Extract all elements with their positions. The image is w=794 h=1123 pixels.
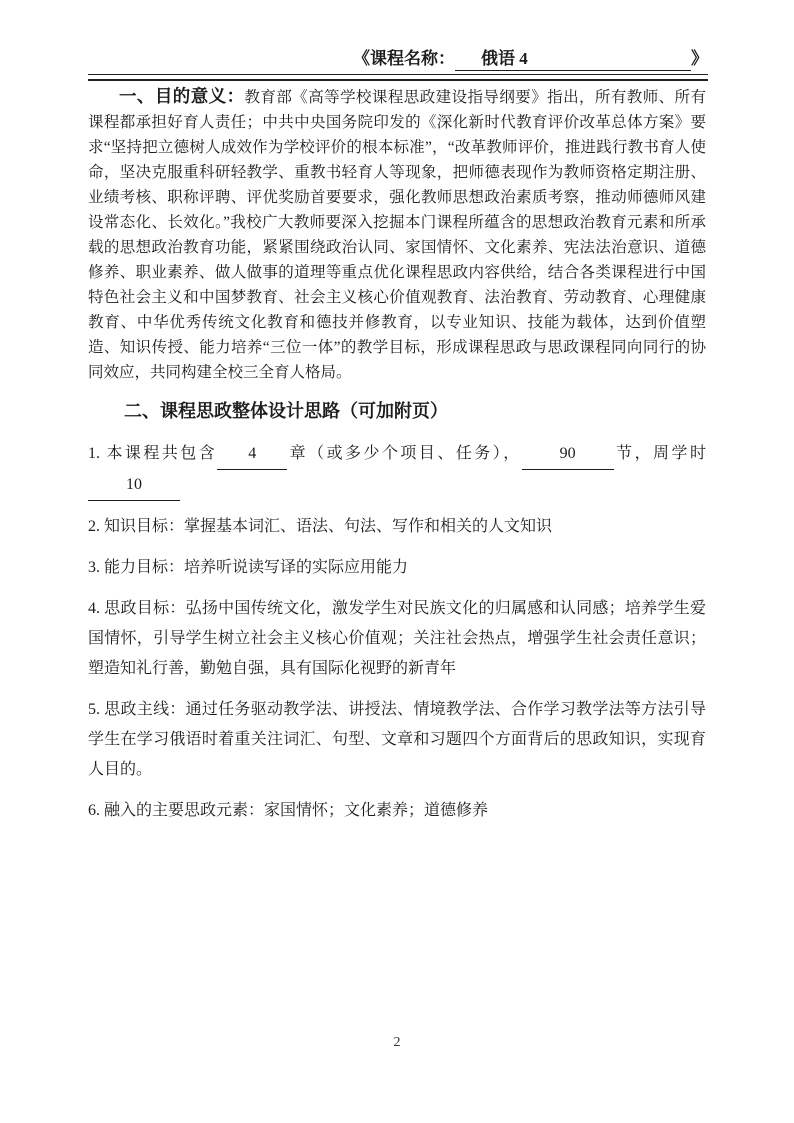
- document-page: 《课程名称：俄语 4》 一、目的意义：教育部《高等学校课程思政建设指导纲要》指出…: [0, 0, 794, 1123]
- item1-mid1-text: 章（或多少个项目、任务），: [287, 445, 521, 462]
- course-name-line: 《课程名称：俄语 4》: [88, 48, 708, 71]
- item1-pre-text: 1. 本课程共包含: [88, 445, 217, 462]
- weekly-hours-blank: 10: [88, 470, 180, 501]
- chapter-count-blank: 4: [217, 439, 287, 470]
- section1-body: 教育部《高等学校课程思政建设指导纲要》指出，所有教师、所有课程都承担好育人责任；…: [88, 89, 706, 381]
- section1-heading: 一、目的意义：: [119, 86, 245, 106]
- list-item-course-structure: 1. 本课程共包含4章（或多少个项目、任务），90节，周学时10: [88, 439, 706, 501]
- section2-heading: 二、课程思政整体设计思路（可加附页）: [88, 399, 706, 423]
- header-divider-rule: [88, 74, 708, 81]
- page-footer: 2: [0, 1035, 794, 1051]
- section-count-blank: 90: [522, 439, 614, 470]
- course-name-suffix: 》: [691, 49, 708, 68]
- list-item-knowledge-goal: 2. 知识目标：掌握基本词汇、语法、句法、写作和相关的人文知识: [88, 512, 706, 542]
- list-item-ideology-mainline: 5. 思政主线：通过任务驱动教学法、讲授法、情境教学法、合作学习教学法等方法引导…: [88, 695, 706, 785]
- document-content: 一、目的意义：教育部《高等学校课程思政建设指导纲要》指出，所有教师、所有课程都承…: [88, 84, 706, 837]
- page-number: 2: [394, 1035, 401, 1050]
- list-item-ability-goal: 3. 能力目标：培养听说读写译的实际应用能力: [88, 553, 706, 583]
- page-header: 《课程名称：俄语 4》: [88, 48, 708, 81]
- course-name-prefix: 《课程名称：: [353, 49, 455, 68]
- item1-mid2-text: 节，周学时: [614, 445, 706, 462]
- list-item-ideology-goal: 4. 思政目标：弘扬中国传统文化，激发学生对民族文化的归属感和认同感；培养学生爱…: [88, 594, 706, 684]
- section1-paragraph: 一、目的意义：教育部《高等学校课程思政建设指导纲要》指出，所有教师、所有课程都承…: [88, 84, 706, 385]
- course-name-blank: 俄语 4: [455, 48, 691, 71]
- list-item-ideology-elements: 6. 融入的主要思政元素：家国情怀；文化素养；道德修养: [88, 796, 706, 826]
